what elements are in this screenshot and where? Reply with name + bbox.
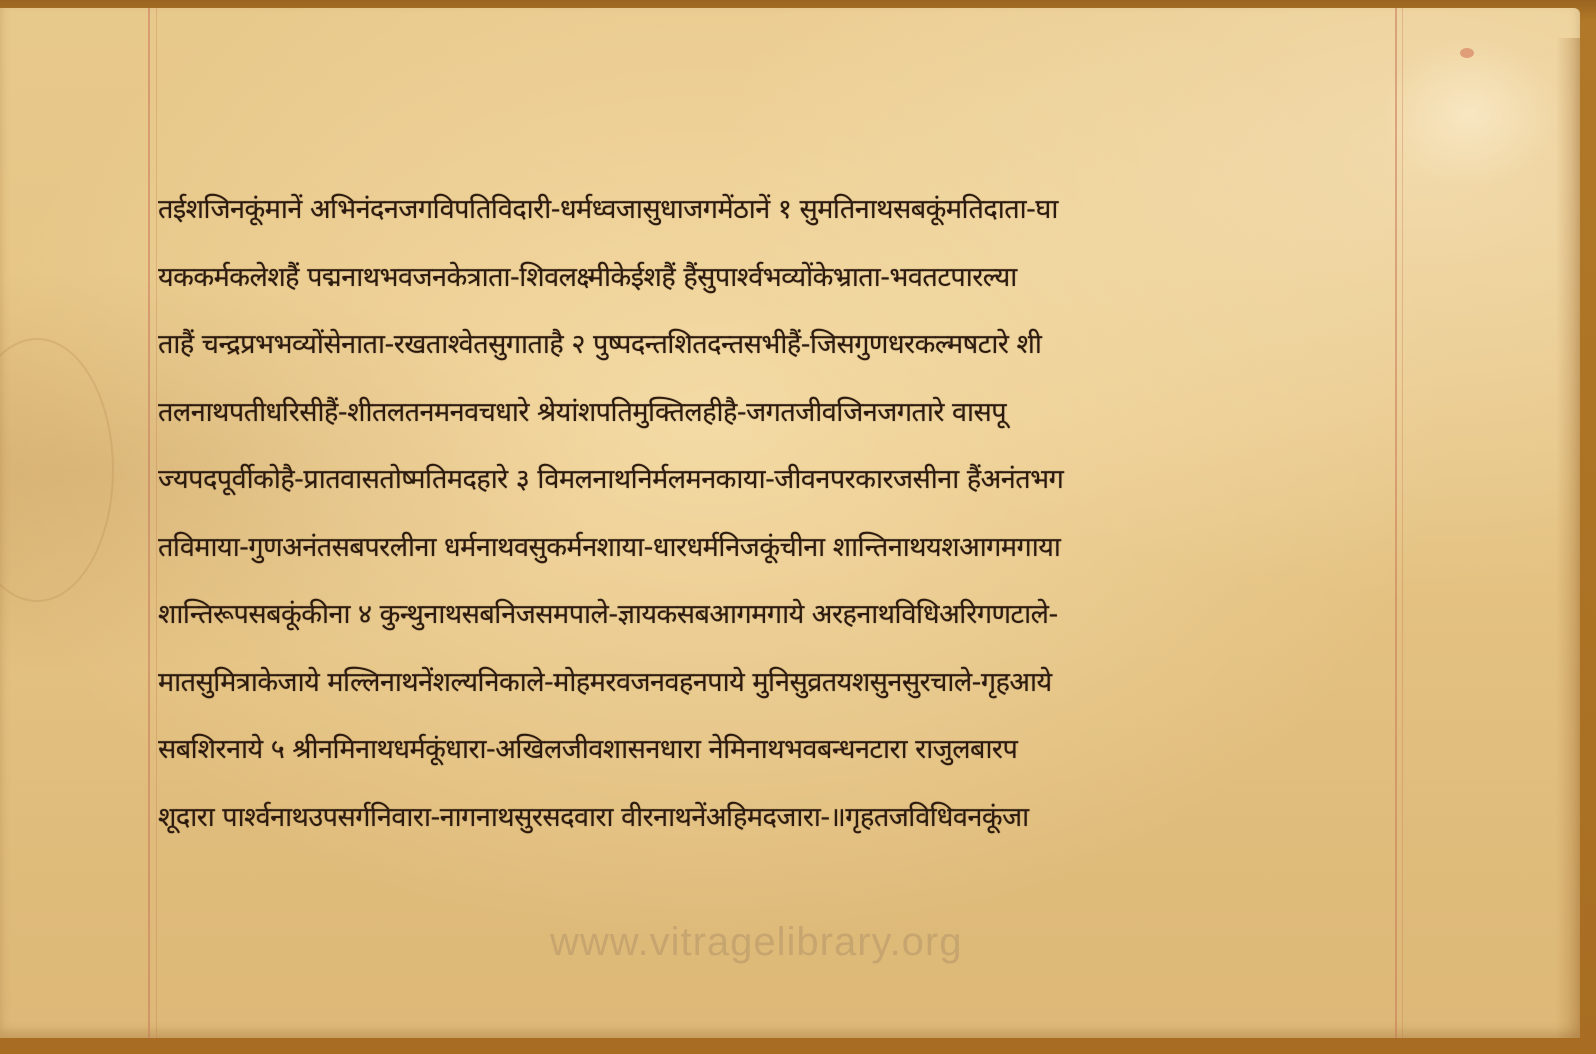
manuscript-text-block: तईशजिनकूंमानें अभिनंदनजगविपतिविदारी-धर्म… — [158, 190, 1418, 865]
manuscript-photo: तईशजिनकूंमानें अभिनंदनजगविपतिविदारी-धर्म… — [0, 0, 1596, 1054]
left-margin-rule-inner — [156, 8, 157, 1038]
manuscript-line-4: तलनाथपतीधरिसीहैं-शीतलतनमनवचधारे श्रेयांश… — [158, 393, 1418, 461]
fold-crease-top-right — [1380, 38, 1560, 188]
manuscript-line-6: तविमाया-गुणअनंतसबपरलीना धर्मनाथवसुकर्मनश… — [158, 528, 1418, 596]
red-mark-top-right — [1460, 48, 1474, 58]
manuscript-line-10: शूदारा पार्श्वनाथउपसर्गनिवारा-नागनाथसुरस… — [158, 798, 1418, 866]
water-stain-left — [0, 338, 114, 602]
manuscript-line-5: ज्यपदपूर्वीकोहै-प्रातवासतोष्मतिमदहारे ३ … — [158, 460, 1418, 528]
manuscript-line-3: ताहैं चन्द्रप्रभभव्योंसेनाता-रखताश्वेतसु… — [158, 325, 1418, 393]
manuscript-line-1: तईशजिनकूंमानें अभिनंदनजगविपतिविदारी-धर्म… — [158, 190, 1418, 258]
manuscript-line-9: सबशिरनाये ५ श्रीनमिनाथधर्मकूंधारा-अखिलजी… — [158, 730, 1418, 798]
manuscript-line-7: शान्तिरूपसबकूंकीना ४ कुन्थुनाथसबनिजसमपाल… — [158, 595, 1418, 663]
manuscript-line-8: मातसुमित्राकेजाये मल्लिनाथनेंशल्यनिकाले-… — [158, 663, 1418, 731]
manuscript-line-2: यककर्मकलेशहैं पद्मनाथभवजनकेत्राता-शिवलक्… — [158, 258, 1418, 326]
watermark: www.vitragelibrary.org — [550, 920, 963, 965]
left-margin-rule — [148, 8, 150, 1038]
manuscript-folio: तईशजिनकूंमानें अभिनंदनजगविपतिविदारी-धर्म… — [0, 8, 1580, 1038]
